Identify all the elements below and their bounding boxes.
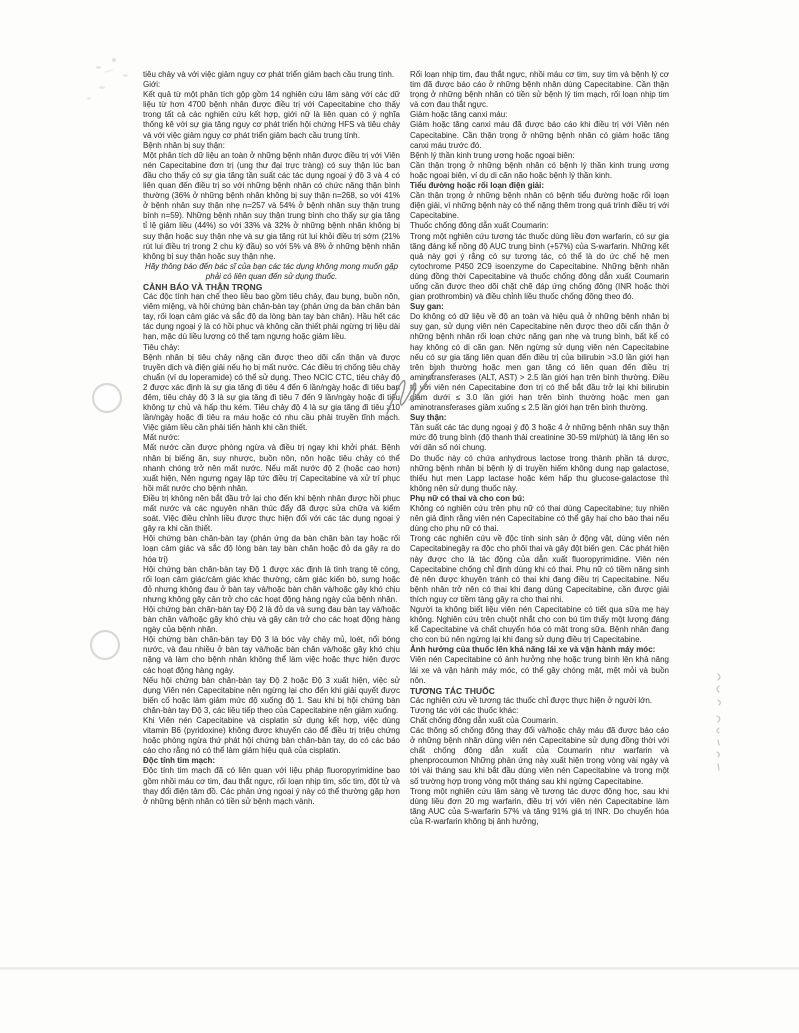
paragraph: Suy gan: — [410, 302, 669, 312]
page-fold-line — [0, 967, 799, 970]
paragraph: Kết quả từ một phân tích gộp gồm 14 nghi… — [143, 90, 400, 140]
paragraph: Hội chứng bàn chân-bàn tay Độ 3 là bóc v… — [143, 635, 400, 675]
paragraph: Các độc tính hạn chế theo liều bao gồm t… — [143, 292, 400, 342]
paragraph: Giới: — [143, 80, 400, 90]
paragraph: Trong các nghiên cứu về độc tính sinh sả… — [410, 534, 669, 605]
paragraph: Trong một nghiên cứu lâm sàng về tương t… — [410, 787, 669, 827]
paragraph: Mất nước cần được phòng ngừa và điều trị… — [143, 443, 400, 493]
paragraph: Do thuốc này có chứa anhydrous lactose t… — [410, 454, 669, 494]
paragraph: Phụ nữ có thai và cho con bú: — [410, 494, 669, 504]
paragraph: Tần suất các tác dụng ngoại ý độ 3 hoặc … — [410, 423, 669, 453]
section-heading: TƯƠNG TÁC THUỐC — [410, 686, 669, 696]
paragraph: Viên nén Capecitabine có ảnh hưởng nhẹ h… — [410, 655, 669, 685]
paragraph: Người ta không biết liệu viên nén Capeci… — [410, 605, 669, 645]
edge-annotation-mark — [710, 668, 728, 778]
paragraph: Cần thận trọng ở những bệnh nhân có bệnh… — [410, 191, 669, 221]
paragraph: Nếu hội chứng bàn chân-bàn tay Độ 2 hoặc… — [143, 676, 400, 716]
paragraph: Hội chứng bàn chân-bàn tay (phản ứng da … — [143, 534, 400, 564]
paragraph: Không có nghiên cứu trên phụ nữ có thai … — [410, 504, 669, 534]
paragraph: Bệnh nhân bị tiêu chảy nặng cần được the… — [143, 353, 400, 434]
paragraph: Ảnh hưởng của thuốc lên khả năng lái xe … — [410, 645, 669, 655]
paragraph: Hội chứng bàn chân-bàn tay Độ 1 được xác… — [143, 565, 400, 605]
paragraph: Độc tính tim mạch đã có liên quan với li… — [143, 766, 400, 806]
paragraph: tiêu chảy và với việc giảm nguy cơ phát … — [143, 70, 400, 80]
paragraph: Tiêu chảy: — [143, 343, 400, 353]
paragraph: Do không có dữ liệu về độ an toàn và hiệ… — [410, 312, 669, 413]
paragraph: Giảm hoặc tăng canxi máu: — [410, 110, 669, 120]
binder-hole-bottom — [90, 630, 120, 660]
paragraph: Bệnh nhân bị suy thận: — [143, 141, 400, 151]
right-column: Rối loạn nhịp tim, đau thắt ngực, nhồi m… — [410, 70, 669, 827]
paragraph: Giảm hoặc tăng canxi máu đã được báo cáo… — [410, 120, 669, 150]
paragraph: Chất chống đông dẫn xuất của Coumarin. — [410, 716, 669, 726]
paragraph: Hãy thông báo đến bác sĩ của bạn các tác… — [143, 262, 400, 282]
section-heading: CẢNH BÁO VÀ THẬN TRỌNG — [143, 282, 400, 292]
paragraph: Khi Viên nén Capecitabine và cisplatin s… — [143, 716, 400, 756]
paragraph: Các thông số chống đông thay đổi và/hoặc… — [410, 726, 669, 787]
paragraph: Tiểu đường hoặc rối loạn điện giải: — [410, 181, 669, 191]
handwritten-signature — [382, 364, 444, 422]
paragraph: Thuốc chống đông dẫn xuất Coumarin: — [410, 221, 669, 231]
paragraph: Điều trị không nên bắt đầu trở lại cho đ… — [143, 494, 400, 534]
paragraph: Các nghiên cứu về tương tác thuốc chỉ đư… — [410, 696, 669, 706]
paragraph: Suy thận: — [410, 413, 669, 423]
paragraph: Rối loạn nhịp tim, đau thắt ngực, nhồi m… — [410, 70, 669, 110]
paragraph: Bệnh lý thần kinh trung ương hoặc ngoại … — [410, 151, 669, 161]
paragraph: Trong một nghiên cứu tương tác thuốc dùn… — [410, 232, 669, 303]
document-page: tiêu chảy và với việc giảm nguy cơ phát … — [0, 0, 799, 1033]
paragraph: Tương tác với các thuốc khác: — [410, 706, 669, 716]
paragraph: Độc tính tim mạch: — [143, 756, 400, 766]
paragraph: Mất nước: — [143, 433, 400, 443]
binder-hole-top — [92, 383, 122, 413]
paragraph: Một phân tích dữ liệu an toàn ở những bệ… — [143, 151, 400, 262]
paragraph: Hội chứng bàn chân-bàn tay Độ 2 là đỏ da… — [143, 605, 400, 635]
paragraph: Cần thận trọng ở những bệnh nhân có bệnh… — [410, 161, 669, 181]
left-column: tiêu chảy và với việc giảm nguy cơ phát … — [143, 70, 400, 807]
